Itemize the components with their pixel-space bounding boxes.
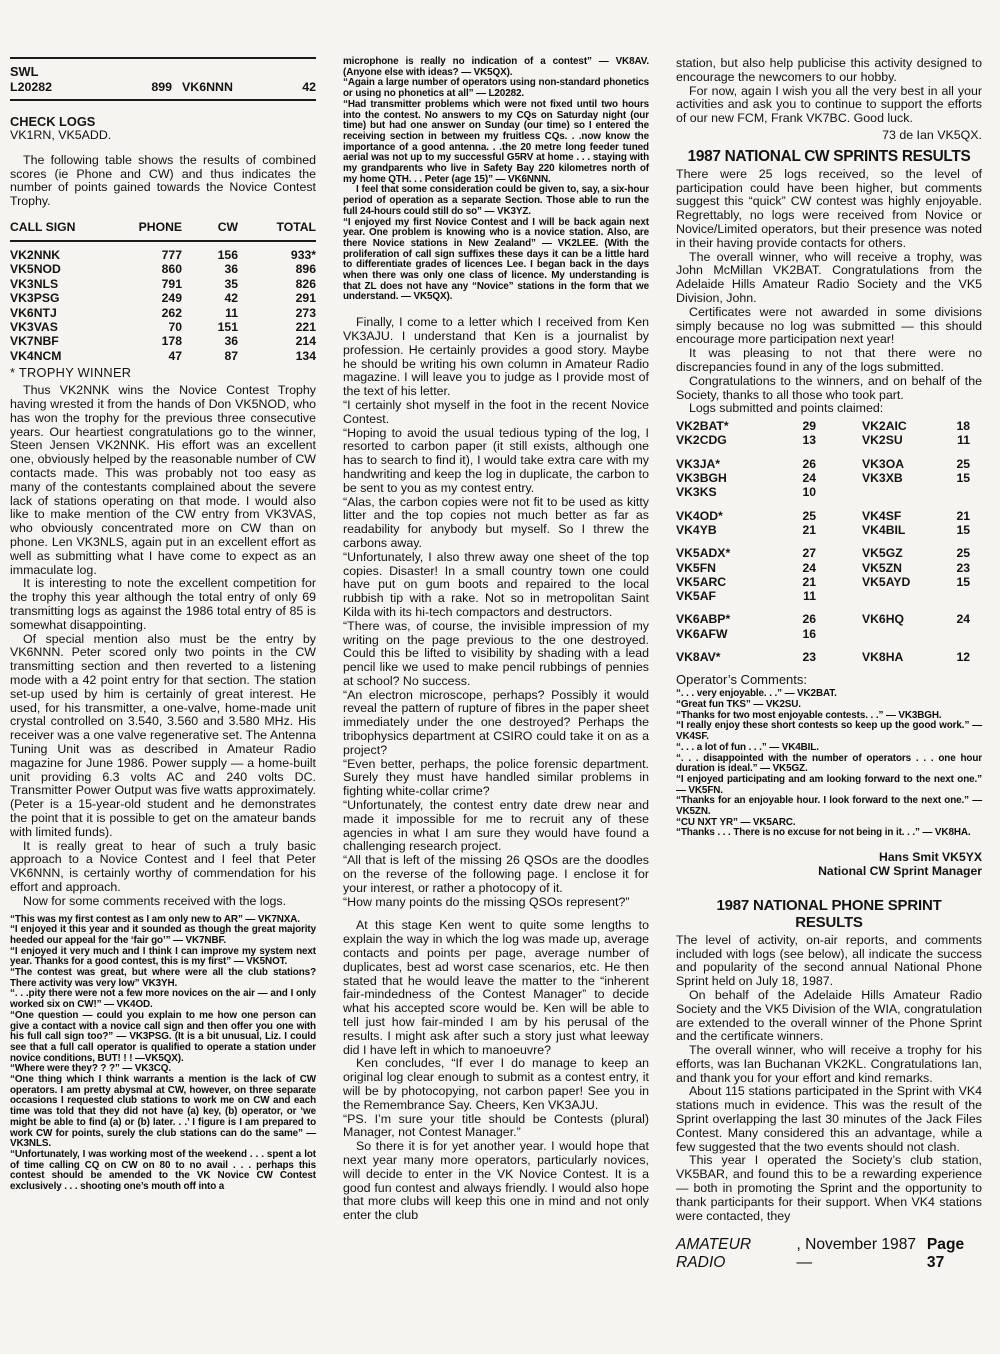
cell-cw: 151 bbox=[182, 320, 238, 334]
letter-excerpt: “How many points do the missing QSOs rep… bbox=[343, 896, 649, 910]
paragraph: At this stage Ken went to quite some len… bbox=[343, 919, 649, 1057]
cell-points: 25 bbox=[934, 457, 970, 471]
cell-points: 23 bbox=[780, 650, 816, 664]
letter-excerpt: “Hoping to avoid the usual tedious typin… bbox=[343, 427, 649, 496]
cell-points: 10 bbox=[780, 485, 816, 499]
logs-intro: Logs submitted and points claimed: bbox=[676, 402, 982, 416]
magazine-page: SWL L20282 899 VK6NNN 42 CHECK LOGS VK1R… bbox=[0, 0, 1000, 1354]
signature-block: Hans Smit VK5YX National CW Sprint Manag… bbox=[676, 851, 982, 879]
reader-comment: “The contest was great, but where were a… bbox=[10, 968, 316, 989]
letter-excerpt: “Unfortunately, the contest entry date d… bbox=[343, 799, 649, 854]
cell-points: 25 bbox=[780, 509, 816, 523]
cell-cw: 11 bbox=[182, 306, 238, 320]
table-row: VK7NBF17836214 bbox=[10, 334, 316, 348]
column-header: CALL SIGN bbox=[10, 220, 108, 234]
cell-total: 826 bbox=[238, 277, 316, 291]
divider bbox=[10, 57, 316, 59]
column-right: station, but also help publicise this ac… bbox=[676, 57, 982, 1272]
reader-comment: “I enjoyed it this year and it sounded a… bbox=[10, 925, 316, 946]
cell-cw: 36 bbox=[182, 334, 238, 348]
logs-row: VK6ABP*26VK6HQ24 bbox=[676, 612, 982, 626]
operator-comment: “I enjoyed participating and am looking … bbox=[676, 775, 982, 796]
cell-points: 26 bbox=[780, 612, 816, 626]
cell-total: 933* bbox=[238, 248, 316, 262]
reader-comment: “Again a large number of operators using… bbox=[343, 78, 649, 99]
cell-cw: 42 bbox=[182, 291, 238, 305]
paragraph: The overall winner, who will receive a t… bbox=[676, 1044, 982, 1085]
cell-points: 24 bbox=[780, 561, 816, 575]
paragraph: The level of activity, on-air reports, a… bbox=[676, 934, 982, 989]
cell-points: 27 bbox=[780, 546, 816, 560]
cell-phone: 178 bbox=[108, 334, 182, 348]
magazine-title: AMATEUR RADIO bbox=[676, 1236, 796, 1272]
reader-comment: I feel that some consideration could be … bbox=[343, 185, 649, 217]
cell-phone: 777 bbox=[108, 248, 182, 262]
cell-points: 26 bbox=[780, 457, 816, 471]
letter-excerpt: “An electron microscope, perhaps? Possib… bbox=[343, 689, 649, 758]
paragraph: Of special mention also must be the entr… bbox=[10, 633, 316, 840]
paragraph: This year I operated the Society’s club … bbox=[676, 1154, 982, 1223]
table-row: VK5NOD86036896 bbox=[10, 262, 316, 276]
cell-callsign: VK3NLS bbox=[10, 277, 108, 291]
cell-points: 15 bbox=[934, 575, 970, 589]
cell-callsign: VK5ADX* bbox=[676, 546, 780, 560]
logs-row: VK4OD*25VK4SF21 bbox=[676, 509, 982, 523]
cell-phone: 791 bbox=[108, 277, 182, 291]
cell-points: 23 bbox=[934, 561, 970, 575]
paragraph: On behalf of the Adelaide Hills Amateur … bbox=[676, 989, 982, 1044]
cell-callsign bbox=[816, 627, 934, 641]
table-row: VK3NLS79135826 bbox=[10, 277, 316, 291]
cell-callsign: VK6HQ bbox=[816, 612, 934, 626]
cell-callsign: VK2SU bbox=[816, 433, 934, 447]
logs-row: VK2CDG13VK2SU11 bbox=[676, 433, 982, 447]
cell-callsign: VK4OD* bbox=[676, 509, 780, 523]
paragraph: The following table shows the results of… bbox=[10, 154, 316, 209]
table-row: VK2NNK777156933* bbox=[10, 248, 316, 262]
logs-row: VK4YB21VK4BIL15 bbox=[676, 523, 982, 537]
paragraph: It is interesting to note the excellent … bbox=[10, 577, 316, 632]
operator-comment: “Thanks . . . There is no excuse for not… bbox=[676, 828, 982, 839]
cw-sprints-heading: 1987 NATIONAL CW SPRINTS RESULTS bbox=[676, 148, 982, 166]
column-header: TOTAL bbox=[238, 220, 316, 234]
logs-row: VK3JA*26VK3OA25 bbox=[676, 457, 982, 471]
table-row: VK3VAS70151221 bbox=[10, 320, 316, 334]
cell-cw: 87 bbox=[182, 349, 238, 363]
cell-callsign: VK4YB bbox=[676, 523, 780, 537]
cell-callsign: VK5AYD bbox=[816, 575, 934, 589]
logs-row: VK6AFW16 bbox=[676, 627, 982, 641]
cell-points: 12 bbox=[934, 650, 970, 664]
cell-phone: 262 bbox=[108, 306, 182, 320]
cell-points: 29 bbox=[780, 419, 816, 433]
paragraph: There were 25 logs received, so the leve… bbox=[676, 168, 982, 251]
paragraph: Now for some comments received with the … bbox=[10, 895, 316, 909]
cell-total: 134 bbox=[238, 349, 316, 363]
operator-comment: “Thanks for an enjoyable hour. I look fo… bbox=[676, 796, 982, 817]
table-header-row: CALL SIGN PHONE CW TOTAL bbox=[10, 220, 316, 240]
logs-row: VK3KS10 bbox=[676, 485, 982, 499]
cell-cw: 36 bbox=[182, 262, 238, 276]
column-middle: microphone is really no indication of a … bbox=[343, 57, 649, 1272]
swl-points: 42 bbox=[302, 80, 316, 94]
cell-callsign: VK5ARC bbox=[676, 575, 780, 589]
operator-comment: “. . . a lot of fun . . .” — VK4BIL. bbox=[676, 743, 982, 754]
column-header: PHONE bbox=[108, 220, 182, 234]
cell-points: 24 bbox=[780, 471, 816, 485]
logs-row: VK5AF11 bbox=[676, 589, 982, 603]
letter-excerpt: “I certainly shot myself in the foot in … bbox=[343, 399, 649, 427]
cell-points: 18 bbox=[934, 419, 970, 433]
cell-points: 16 bbox=[780, 627, 816, 641]
cell-points: 13 bbox=[780, 433, 816, 447]
paragraph: For now, again I wish you all the very b… bbox=[676, 85, 982, 126]
paragraph: It is really great to hear of such a tru… bbox=[10, 840, 316, 895]
cell-callsign: VK2CDG bbox=[676, 433, 780, 447]
column-header: CW bbox=[182, 220, 238, 234]
cell-total: 273 bbox=[238, 306, 316, 320]
swl-id: L20282 bbox=[10, 80, 138, 94]
cell-total: 291 bbox=[238, 291, 316, 305]
cell-callsign: VK3OA bbox=[816, 457, 934, 471]
swl-score: 899 bbox=[138, 80, 172, 94]
cell-points bbox=[934, 627, 970, 641]
cell-points: 15 bbox=[934, 471, 970, 485]
divider bbox=[10, 240, 316, 242]
cell-callsign: VK4SF bbox=[816, 509, 934, 523]
cell-points: 21 bbox=[780, 523, 816, 537]
table-row: VK6NTJ26211273 bbox=[10, 306, 316, 320]
cell-callsign: VK6NTJ bbox=[10, 306, 108, 320]
operators-comments-heading: Operator’s Comments: bbox=[676, 672, 982, 687]
logs-row: VK5ARC21VK5AYD15 bbox=[676, 575, 982, 589]
cell-callsign: VK3XB bbox=[816, 471, 934, 485]
logs-row: VK5ADX*27VK5GZ25 bbox=[676, 546, 982, 560]
letter-excerpt: “Unfortunately, I also threw away one sh… bbox=[343, 551, 649, 620]
paragraph: Congratulations to the winners, and on b… bbox=[676, 375, 982, 403]
table-row: VK4NCM4787134 bbox=[10, 349, 316, 363]
cell-points: 11 bbox=[780, 589, 816, 603]
cell-callsign: VK5AF bbox=[676, 589, 780, 603]
reader-comment: “One thing which I think warrants a ment… bbox=[10, 1075, 316, 1150]
signature-name: Hans Smit VK5YX bbox=[676, 851, 982, 865]
cell-callsign: VK8AV* bbox=[676, 650, 780, 664]
signature-role: National CW Sprint Manager bbox=[676, 865, 982, 879]
paragraph: Certificates were not awarded in some di… bbox=[676, 306, 982, 347]
cell-callsign: VK8HA bbox=[816, 650, 934, 664]
cell-callsign: VK2BAT* bbox=[676, 419, 780, 433]
cell-callsign: VK5FN bbox=[676, 561, 780, 575]
logs-row: VK2BAT*29VK2AIC18 bbox=[676, 419, 982, 433]
phone-sprint-heading: 1987 NATIONAL PHONE SPRINT RESULTS bbox=[676, 897, 982, 931]
cell-callsign: VK5GZ bbox=[816, 546, 934, 560]
cell-callsign: VK5NOD bbox=[10, 262, 108, 276]
table-row: VK3PSG24942291 bbox=[10, 291, 316, 305]
swl-callsign: VK6NNN bbox=[182, 80, 233, 94]
check-logs-heading: CHECK LOGS bbox=[10, 114, 316, 129]
paragraph: Finally, I come to a letter which I rece… bbox=[343, 316, 649, 399]
cell-callsign: VK6AFW bbox=[676, 627, 780, 641]
paragraph: Thus VK2NNK wins the Novice Contest Trop… bbox=[10, 384, 316, 577]
paragraph: About 115 stations participated in the S… bbox=[676, 1085, 982, 1154]
reader-comment: “Had transmitter problems which were not… bbox=[343, 100, 649, 186]
cell-callsign: VK6ABP* bbox=[676, 612, 780, 626]
cell-callsign: VK5ZN bbox=[816, 561, 934, 575]
phone-sprint-heading-line2: RESULTS bbox=[676, 914, 982, 931]
cell-total: 221 bbox=[238, 320, 316, 334]
logs-row: VK8AV*23VK8HA12 bbox=[676, 650, 982, 664]
operator-comment: “. . . disappointed with the number of o… bbox=[676, 754, 982, 775]
logs-points-table: VK2BAT*29VK2AIC18 VK2CDG13VK2SU11 VK3JA*… bbox=[676, 419, 982, 664]
cell-callsign bbox=[816, 589, 934, 603]
letter-excerpt: “There was, of course, the invisible imp… bbox=[343, 620, 649, 689]
reader-comment: microphone is really no indication of a … bbox=[343, 57, 649, 78]
operator-comment: “I really enjoy these short contests so … bbox=[676, 721, 982, 742]
cell-phone: 249 bbox=[108, 291, 182, 305]
cell-callsign bbox=[816, 485, 934, 499]
paragraph: It was pleasing to not that there were n… bbox=[676, 347, 982, 375]
paragraph: station, but also help publicise this ac… bbox=[676, 57, 982, 85]
cell-phone: 70 bbox=[108, 320, 182, 334]
reader-comments: “This was my first contest as I am only … bbox=[10, 915, 316, 1193]
paragraph: The overall winner, who will receive a t… bbox=[676, 251, 982, 306]
cell-points: 21 bbox=[780, 575, 816, 589]
cell-callsign: VK3BGH bbox=[676, 471, 780, 485]
cell-points bbox=[934, 485, 970, 499]
logs-row: VK5FN24VK5ZN23 bbox=[676, 561, 982, 575]
page-footer: AMATEUR RADIO, November 1987 — Page 37 bbox=[676, 1236, 982, 1272]
cell-points: 21 bbox=[934, 509, 970, 523]
divider bbox=[10, 99, 316, 101]
reader-comment: “. . .pity there were not a few more nov… bbox=[10, 989, 316, 1010]
check-logs-callsigns: VK1RN, VK5ADD. bbox=[10, 129, 316, 143]
cell-cw: 156 bbox=[182, 248, 238, 262]
cell-callsign: VK4BIL bbox=[816, 523, 934, 537]
page-columns: SWL L20282 899 VK6NNN 42 CHECK LOGS VK1R… bbox=[0, 0, 1000, 1272]
footer-date: , November 1987 — bbox=[796, 1236, 926, 1272]
paragraph: So there it is for yet another year. I w… bbox=[343, 1140, 649, 1223]
cell-total: 896 bbox=[238, 262, 316, 276]
cell-points: 24 bbox=[934, 612, 970, 626]
swl-heading: SWL bbox=[10, 64, 316, 79]
phone-sprint-heading-line1: 1987 NATIONAL PHONE SPRINT bbox=[676, 897, 982, 914]
cell-callsign: VK4NCM bbox=[10, 349, 108, 363]
cell-callsign: VK3JA* bbox=[676, 457, 780, 471]
cell-callsign: VK7NBF bbox=[10, 334, 108, 348]
swl-entry-row: L20282 899 VK6NNN 42 bbox=[10, 80, 316, 94]
cell-callsign: VK2AIC bbox=[816, 419, 934, 433]
logs-row: VK3BGH24VK3XB15 bbox=[676, 471, 982, 485]
paragraph: Ken concludes, “If ever I do manage to k… bbox=[343, 1057, 649, 1112]
trophy-winner-note: * TROPHY WINNER bbox=[10, 365, 316, 380]
letter-excerpt: “PS. I’m sure your title should be Conte… bbox=[343, 1113, 649, 1141]
signoff: 73 de Ian VK5QX. bbox=[676, 129, 982, 143]
column-left: SWL L20282 899 VK6NNN 42 CHECK LOGS VK1R… bbox=[10, 57, 316, 1272]
cell-points: 15 bbox=[934, 523, 970, 537]
cell-callsign: VK2NNK bbox=[10, 248, 108, 262]
reader-comment: “Unfortunately, I was working most of th… bbox=[10, 1150, 316, 1193]
reader-comment: “One question — could you explain to me … bbox=[10, 1011, 316, 1065]
cell-callsign: VK3VAS bbox=[10, 320, 108, 334]
cell-cw: 35 bbox=[182, 277, 238, 291]
reader-comment: “I enjoyed it very much and I think I ca… bbox=[10, 947, 316, 968]
cell-phone: 47 bbox=[108, 349, 182, 363]
novice-results-table: CALL SIGN PHONE CW TOTAL VK2NNK777156933… bbox=[10, 220, 316, 363]
cell-points bbox=[934, 589, 970, 603]
letter-excerpt: “Even better, perhaps, the police forens… bbox=[343, 758, 649, 799]
letter-excerpt: “Alas, the carbon copies were not fit to… bbox=[343, 496, 649, 551]
reader-comment: “I enjoyed my first Novice Contest and I… bbox=[343, 218, 649, 304]
cell-callsign: VK3KS bbox=[676, 485, 780, 499]
cell-total: 214 bbox=[238, 334, 316, 348]
letter-excerpt: “All that is left of the missing 26 QSOs… bbox=[343, 854, 649, 895]
cell-callsign: VK3PSG bbox=[10, 291, 108, 305]
page-number: Page 37 bbox=[927, 1236, 982, 1272]
cell-points: 25 bbox=[934, 546, 970, 560]
cell-points: 11 bbox=[934, 433, 970, 447]
cell-phone: 860 bbox=[108, 262, 182, 276]
